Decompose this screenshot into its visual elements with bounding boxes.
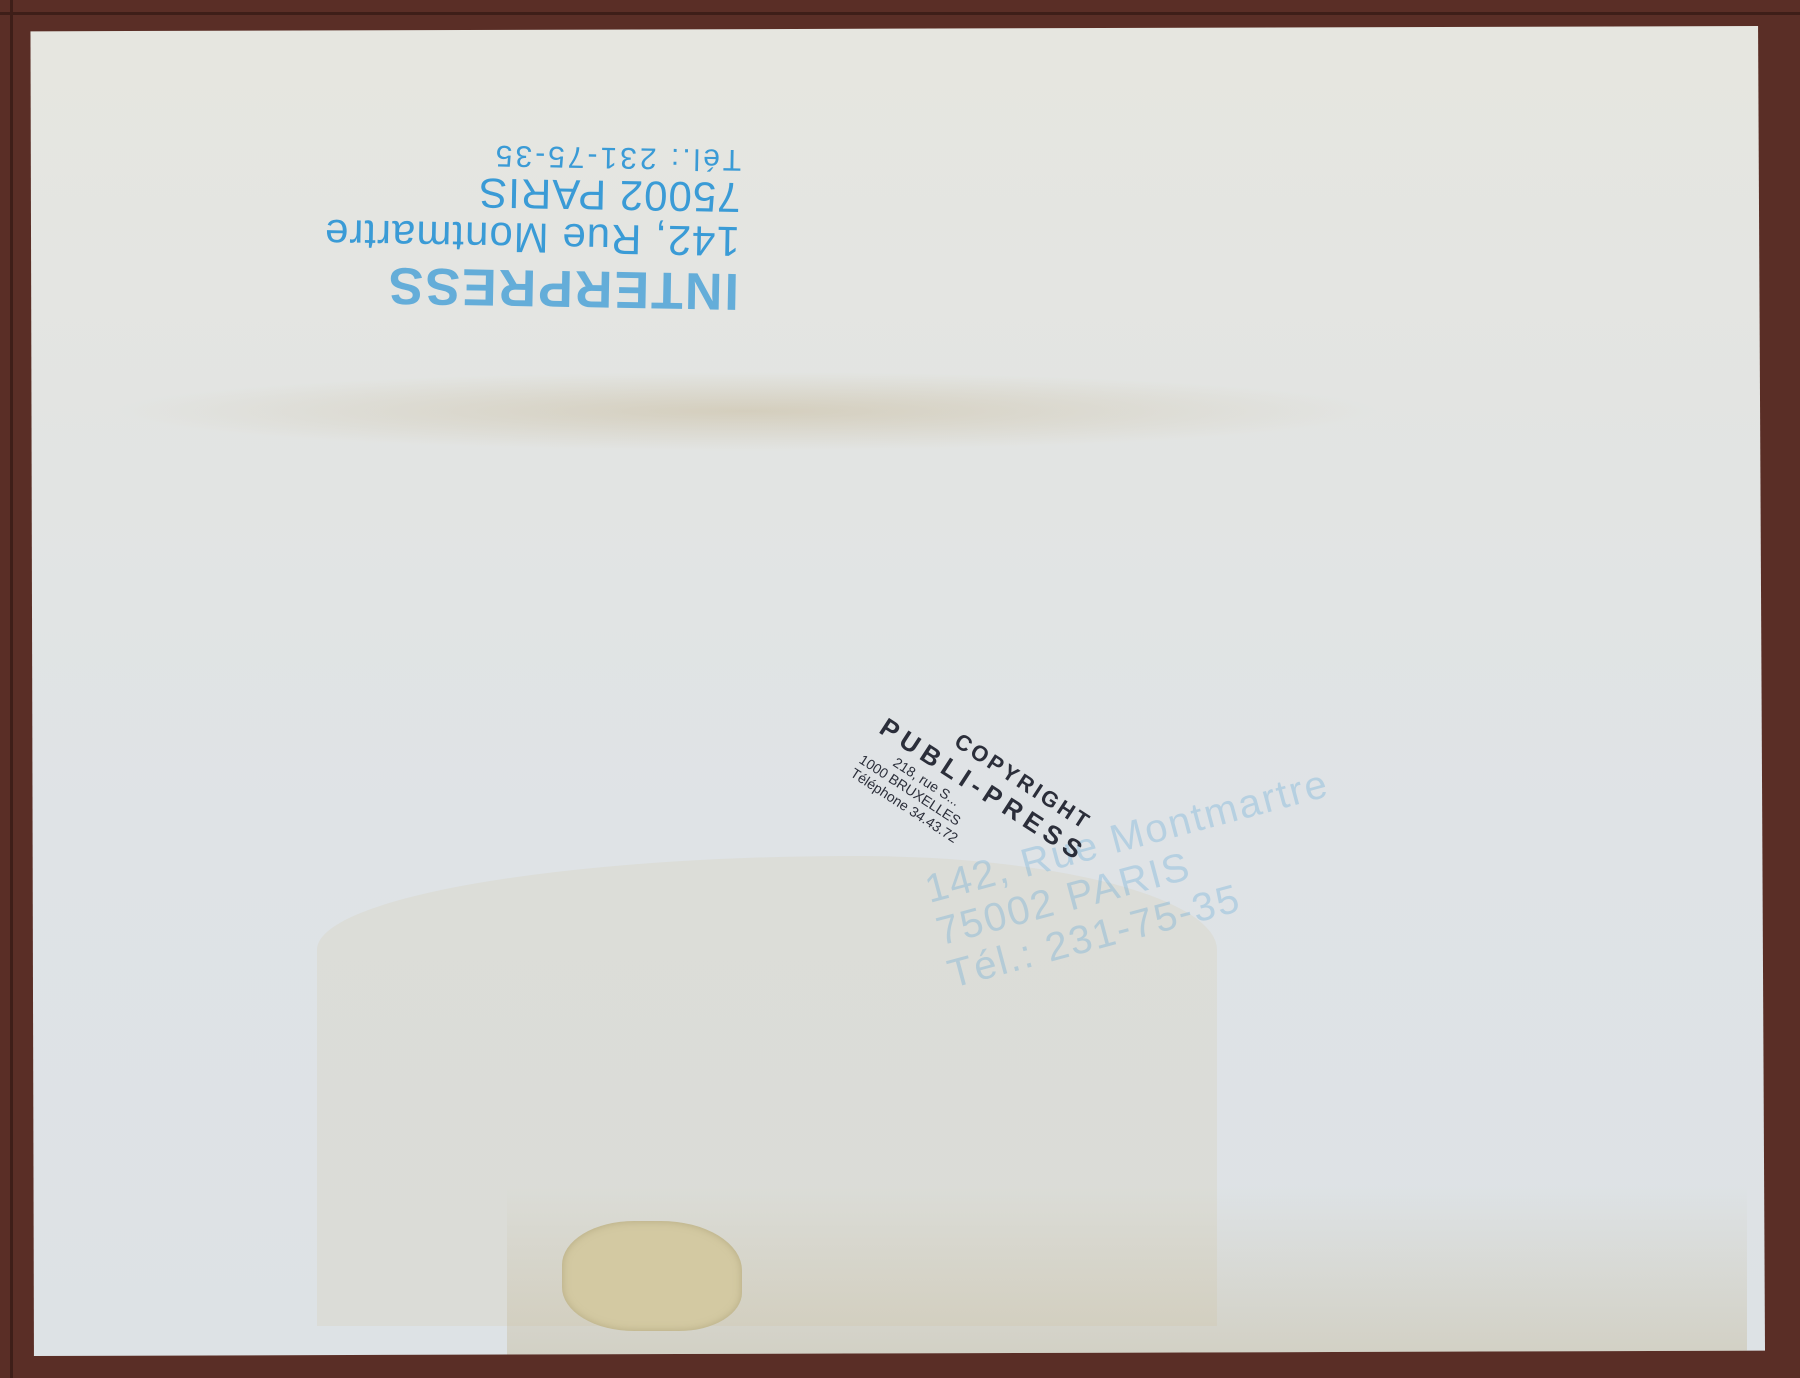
tape-residue-patch [562, 1221, 742, 1331]
photo-back-paper [27, 26, 1765, 1356]
interpress-stamp: INTERPRESS 142, Rue Montmartre 75002 PAR… [299, 136, 742, 318]
floor-tile-grout-top [0, 12, 1800, 15]
water-stain-band [107, 371, 1387, 451]
interpress-brand: INTERPRESS [299, 256, 740, 318]
floor-tile-grout-left [10, 0, 13, 1378]
